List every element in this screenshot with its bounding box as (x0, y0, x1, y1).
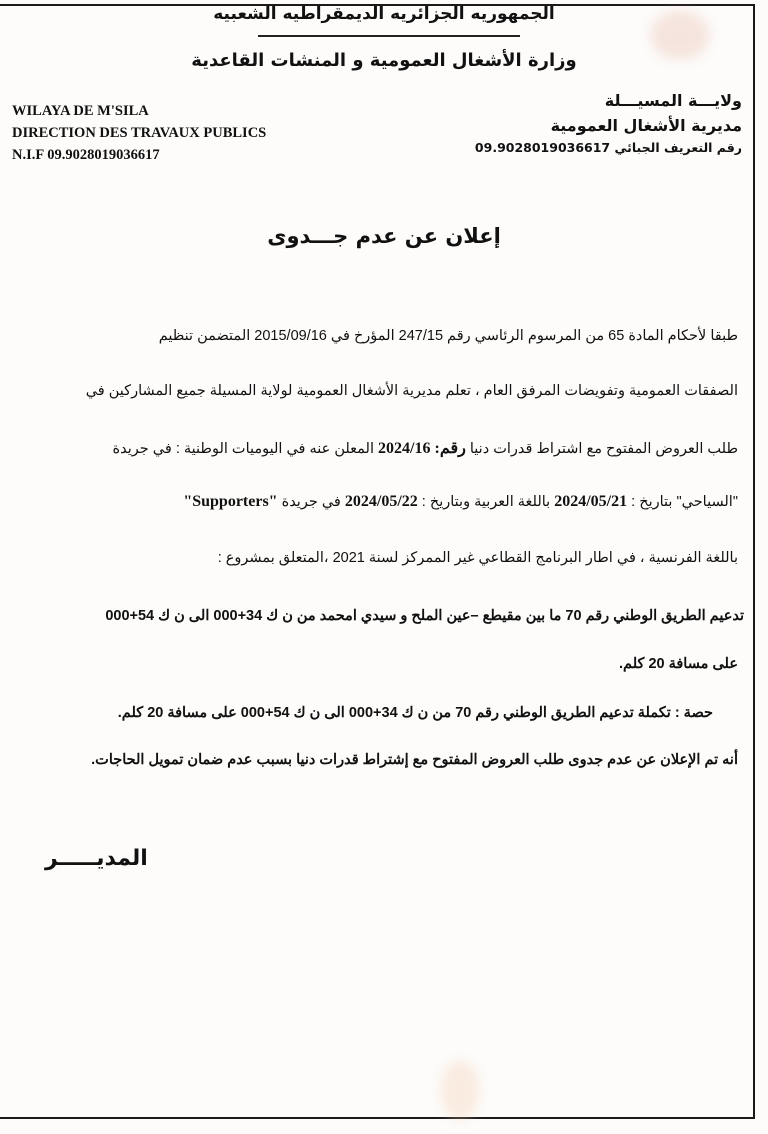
header-ministry: وزارة الأشغال العمومية و المنشات القاعدي… (0, 50, 768, 71)
header-republic: الجمهوريه الجزائريه الديمقراطيه الشعبيه (0, 4, 768, 24)
date-french-paper: 2024/05/22 (345, 493, 418, 510)
text: "السياحي" بتاريخ : (627, 494, 738, 510)
arabic-header-block: ولايـــة المسيـــلة مديرية الأشغال العمو… (475, 88, 742, 158)
body-line-4: "السياحي" بتاريخ : 2024/05/21 باللغة الع… (183, 493, 738, 511)
wilaya-fr: WILAYA DE M'SILA (12, 100, 266, 122)
body-line-1: طبقا لأحكام المادة 65 من المرسوم الرئاسي… (159, 328, 738, 344)
paper-stain (440, 1060, 480, 1120)
project-title-line-2: على مسافة 20 كلم. (619, 656, 738, 672)
body-line-5: باللغة الفرنسية ، في اطار البرنامج القطا… (218, 550, 738, 566)
nif-ar: رقم التعريف الجبائي 09.9028019036617 (475, 138, 742, 158)
text: باللغة العربية وبتاريخ : (418, 494, 554, 510)
direction-ar: مديرية الأشغال العمومية (475, 113, 742, 138)
date-arabic-paper: 2024/05/21 (554, 493, 627, 510)
text: طلب العروض المفتوح مع اشتراط قدرات دنيا (466, 441, 738, 457)
tender-number: رقم: 2024/16 (378, 440, 466, 457)
announcement-title: إعلان عن عدم جـــدوى (0, 224, 768, 248)
conclusion-line: أنه تم الإعلان عن عدم جدوى طلب العروض ال… (91, 752, 738, 768)
direction-fr: DIRECTION DES TRAVAUX PUBLICS (12, 122, 266, 144)
text: المعلن عنه في اليوميات الوطنية : في جريد… (113, 441, 379, 457)
header-divider (258, 35, 520, 37)
signature-director: المديـــــر (45, 846, 148, 871)
nif-fr: N.I.F 09.9028019036617 (12, 144, 266, 166)
text: في جريدة (278, 494, 345, 510)
body-line-2: الصفقات العمومية وتفويضات المرفق العام ،… (86, 383, 738, 399)
wilaya-ar: ولايـــة المسيـــلة (475, 88, 742, 113)
body-line-3: طلب العروض المفتوح مع اشتراط قدرات دنيا … (113, 438, 738, 458)
newspaper-name: "Supporters" (183, 493, 277, 510)
project-title-line-1: تدعيم الطريق الوطني رقم 70 ما بين مقيطع … (105, 608, 744, 624)
lot-line: حصة : تكملة تدعيم الطريق الوطني رقم 70 م… (118, 705, 713, 721)
french-header-block: WILAYA DE M'SILA DIRECTION DES TRAVAUX P… (12, 100, 266, 166)
